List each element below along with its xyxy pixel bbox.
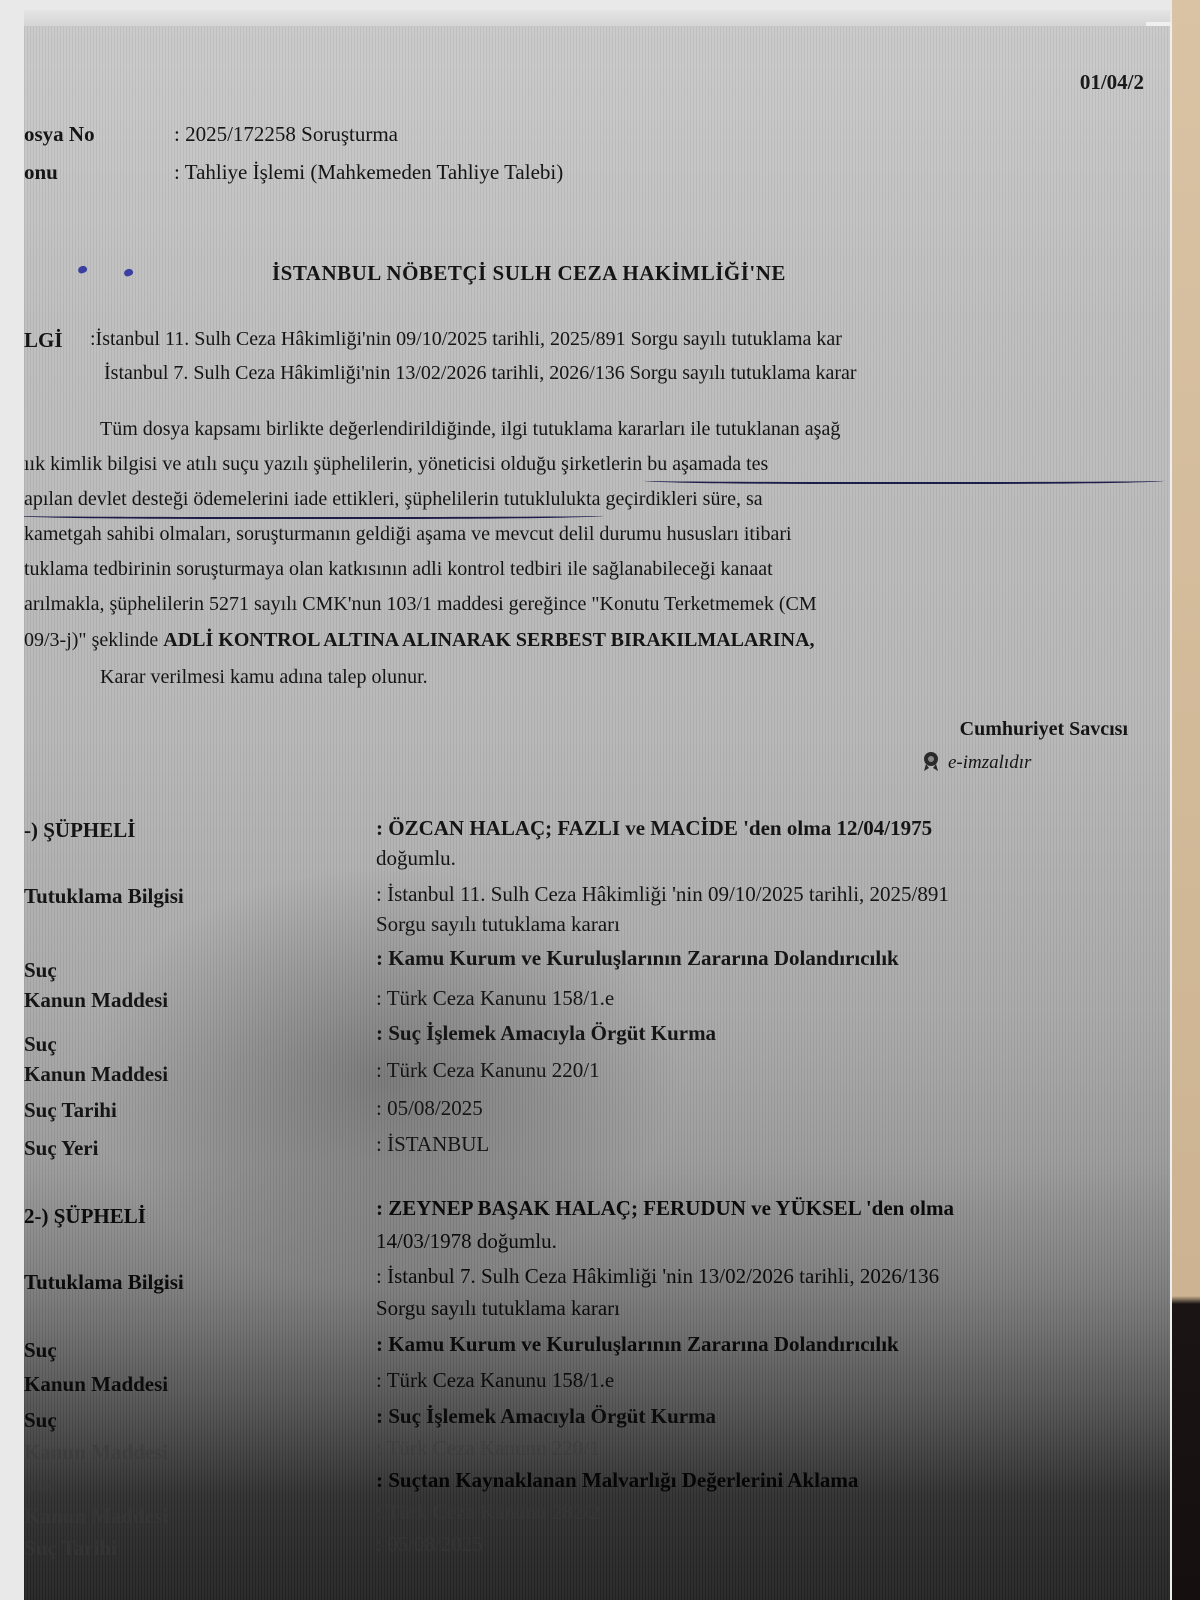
field-label: Suç — [24, 1338, 57, 1363]
field-value: : Türk Ceza Kanunu 220/1 — [376, 1436, 600, 1461]
field-label: Suç Yeri — [24, 1136, 98, 1161]
reference-label: LGİ — [24, 328, 63, 353]
file-number-label: osya No — [24, 122, 95, 147]
body-line: apılan devlet desteği ödemelerini iade e… — [24, 488, 1170, 511]
file-number-value: : 2025/172258 Soruşturma — [174, 122, 398, 147]
document-page: 01/04/2 osya No : 2025/172258 Soruşturma… — [24, 26, 1170, 1600]
field-label: Suç Tarihi — [24, 1536, 117, 1561]
field-value: : Türk Ceza Kanunu 282/2 — [376, 1500, 600, 1525]
ink-mark — [77, 265, 88, 275]
suspect-heading: 2-) ŞÜPHELİ — [24, 1204, 146, 1229]
field-value: : İstanbul 7. Sulh Ceza Hâkimliği 'nin 1… — [376, 1264, 939, 1289]
field-label: Kanun Maddesi — [24, 1440, 168, 1465]
reference-line: İstanbul 7. Sulh Ceza Hâkimliği'nin 13/0… — [104, 362, 857, 385]
field-value: : Türk Ceza Kanunu 158/1.e — [376, 986, 614, 1011]
field-value: : Suçtan Kaynaklanan Malvarlığı Değerler… — [376, 1468, 858, 1493]
field-label: Kanun Maddesi — [24, 1504, 168, 1529]
field-label: Suç — [24, 1032, 57, 1057]
closing-line: Karar verilmesi kamu adına talep olunur. — [100, 666, 1170, 689]
decision-phrase: ADLİ KONTROL ALTINA ALINARAK SERBEST BIR… — [163, 629, 814, 651]
pen-underline — [644, 476, 1164, 484]
field-value: : İstanbul 11. Sulh Ceza Hâkimliği 'nin … — [376, 882, 949, 907]
field-label: Suç Tarihi — [24, 1098, 117, 1123]
field-label: Kanun Maddesi — [24, 988, 168, 1013]
body-line: arılmakla, şüphelilerin 5271 sayılı CMK'… — [24, 593, 1170, 616]
body-line: 09/3-j)" şeklinde ADLİ KONTROL ALTINA AL… — [24, 629, 1170, 652]
body-line: kametgah sahibi olmaları, soruşturmanın … — [24, 523, 1170, 546]
field-value: : 05/08/2025 — [376, 1096, 483, 1121]
e-signature-note: e-imzalıdır — [948, 752, 1031, 774]
field-value: : İSTANBUL — [376, 1132, 489, 1157]
seal-icon — [920, 750, 942, 772]
reference-line: :İstanbul 11. Sulh Ceza Hâkimliği'nin 09… — [90, 328, 842, 351]
field-value: Sorgu sayılı tutuklama kararı — [376, 912, 620, 937]
field-value: Sorgu sayılı tutuklama kararı — [376, 1296, 620, 1321]
pen-underline — [24, 511, 604, 519]
field-label: Tutuklama Bilgisi — [24, 884, 184, 909]
field-value: : 05/08/2025 — [376, 1532, 483, 1557]
ink-mark — [123, 268, 134, 278]
body-line-start: 09/3-j)" şeklinde — [24, 629, 158, 651]
field-label: Suç — [24, 1472, 57, 1497]
document-date: 01/04/2 — [1080, 70, 1144, 95]
signer-title: Cumhuriyet Savcısı — [960, 718, 1128, 741]
document-title: İSTANBUL NÖBETÇİ SULH CEZA HAKİMLİĞİ'NE — [272, 261, 786, 286]
body-line: Tüm dosya kapsamı birlikte değerlendiril… — [100, 418, 1170, 441]
field-value: : Suç İşlemek Amacıyla Örgüt Kurma — [376, 1021, 716, 1046]
field-value: : Kamu Kurum ve Kuruluşlarının Zararına … — [376, 946, 899, 971]
field-label: Tutuklama Bilgisi — [24, 1270, 184, 1295]
subject-label: onu — [24, 160, 58, 185]
suspect-name: : ZEYNEP BAŞAK HALAÇ; FERUDUN ve YÜKSEL … — [376, 1196, 954, 1221]
suspect-birth: 14/03/1978 doğumlu. — [376, 1229, 557, 1254]
field-value: : Türk Ceza Kanunu 220/1 — [376, 1058, 600, 1083]
suspect-birth: doğumlu. — [376, 846, 456, 871]
field-value: : Suç İşlemek Amacıyla Örgüt Kurma — [376, 1404, 716, 1429]
field-label: Suç — [24, 958, 57, 983]
body-line: ıık kimlik bilgisi ve atılı suçu yazılı … — [24, 453, 1170, 476]
body-line: tuklama tedbirinin soruşturmaya olan kat… — [24, 558, 1170, 581]
field-label: Suç — [24, 1408, 57, 1433]
field-value: : Türk Ceza Kanunu 158/1.e — [376, 1368, 614, 1393]
subject-value: : Tahliye İşlemi (Mahkemeden Tahliye Tal… — [174, 160, 563, 185]
suspect-name: : ÖZCAN HALAÇ; FAZLI ve MACİDE 'den olma… — [376, 816, 932, 841]
suspect-heading: -) ŞÜPHELİ — [24, 818, 135, 843]
background-desk — [1172, 0, 1200, 1600]
field-value: : Kamu Kurum ve Kuruluşlarının Zararına … — [376, 1332, 899, 1357]
field-label: Kanun Maddesi — [24, 1062, 168, 1087]
field-label: Kanun Maddesi — [24, 1372, 168, 1397]
